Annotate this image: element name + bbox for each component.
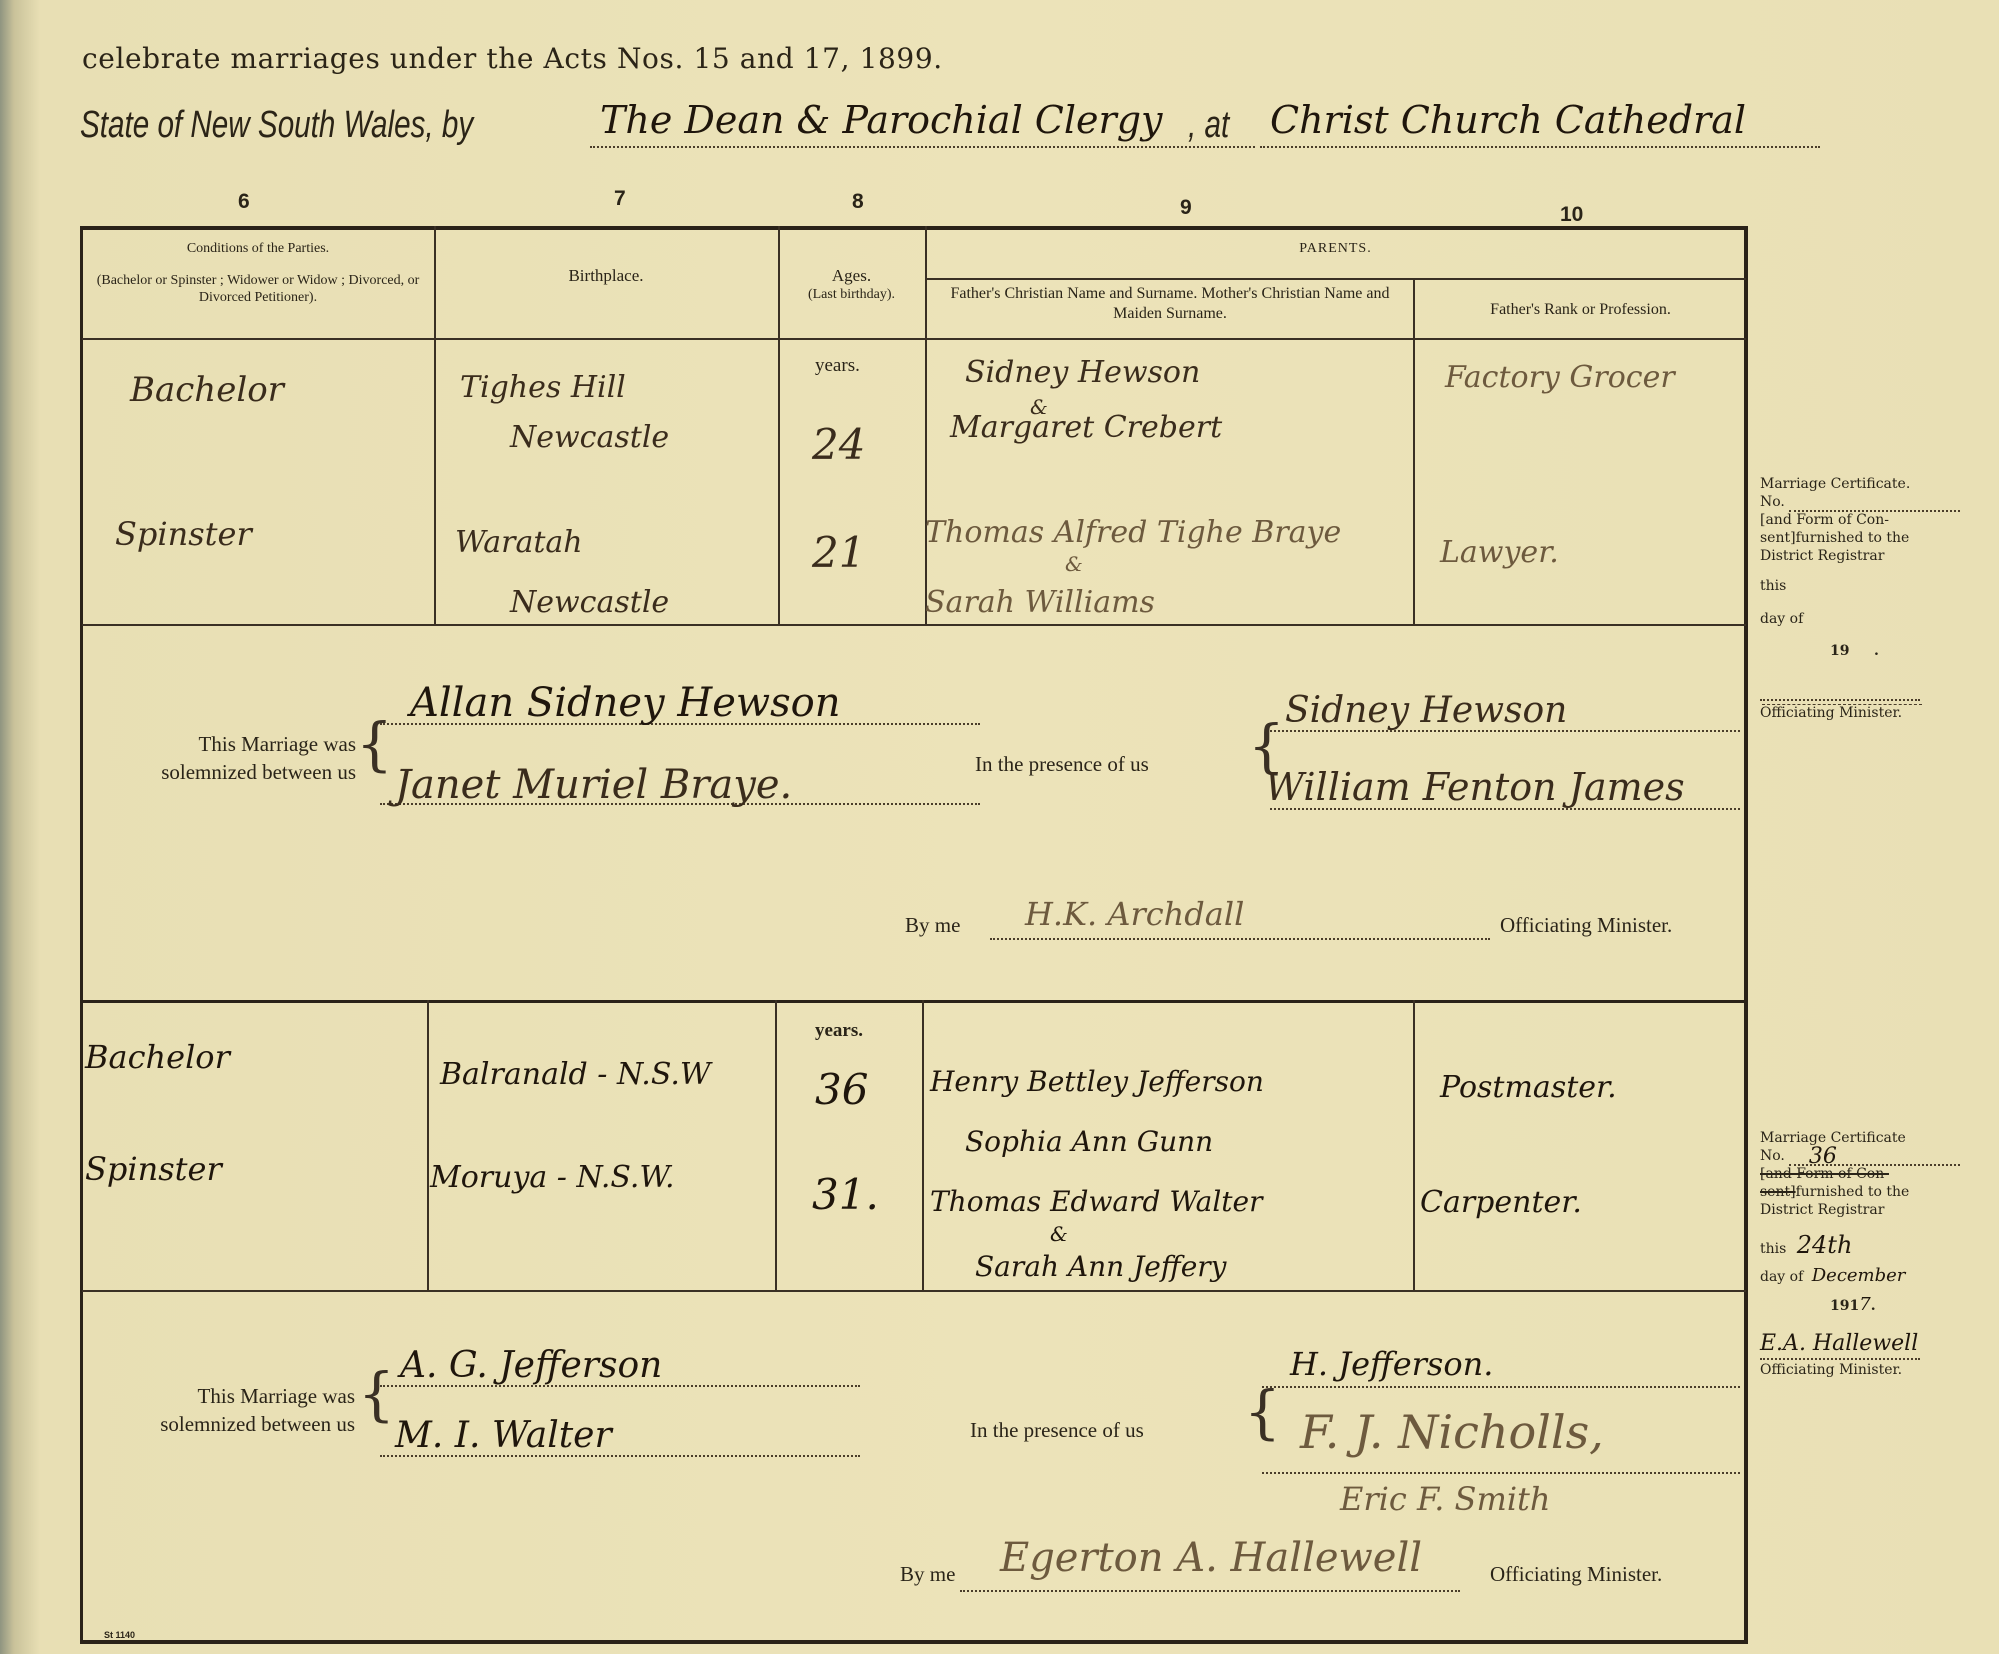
by-me-label-2: By me: [900, 1562, 955, 1587]
witness-2-signature-2[interactable]: F. J. Nicholls,: [1300, 1405, 1604, 1459]
venue-field[interactable]: [1260, 146, 1820, 148]
groom-father-1[interactable]: Sidney Hewson: [965, 355, 1200, 390]
witness-1-signature-2[interactable]: H. Jefferson.: [1290, 1345, 1493, 1383]
year-suffix-1: .: [1874, 643, 1879, 659]
witness-2-line-2[interactable]: [1262, 1472, 1740, 1474]
consent-text-2a: [and Form of Con-: [1760, 1166, 1990, 1184]
header-conditions: Conditions of the Parties. (Bachelor or …: [84, 240, 432, 307]
bride-amp-1: &: [1065, 552, 1083, 576]
groom-birthplace-1-line1[interactable]: Tighes Hill: [460, 370, 626, 405]
header-parents-group: PARENTS.: [925, 240, 1746, 258]
year-prefix-1: 19: [1830, 643, 1849, 659]
officiating-label-2: Officiating Minister.: [1490, 1562, 1662, 1587]
conditions-subtitle: (Bachelor or Spinster ; Widower or Widow…: [84, 272, 432, 307]
bride-birthplace-2[interactable]: Moruya - N.S.W.: [430, 1160, 675, 1195]
party-1-signature-1[interactable]: Allan Sidney Hewson: [410, 680, 841, 726]
header-divider: [82, 338, 1746, 340]
day-value-2[interactable]: 24th: [1797, 1231, 1853, 1259]
district-text-1: District Registrar: [1760, 548, 1990, 566]
consent-text-2b: furnished to the: [1796, 1184, 1910, 1200]
day-of-label-2: day of: [1760, 1269, 1803, 1285]
this-label-1: this: [1760, 578, 1990, 596]
party-2-signature-2[interactable]: M. I. Walter: [395, 1415, 612, 1456]
bride-father-profession-1[interactable]: Lawyer.: [1440, 535, 1559, 570]
bride-birthplace-1-line1[interactable]: Waratah: [455, 525, 583, 560]
col-divider-1b: [427, 1000, 429, 1290]
by-me-label-1: By me: [905, 913, 960, 938]
bride-amp-2: &: [1050, 1222, 1068, 1246]
column-number-8: 8: [852, 190, 864, 214]
column-number-7: 7: [614, 187, 626, 211]
presence-label-1: In the presence of us: [975, 752, 1149, 777]
col-divider-3b: [922, 1000, 924, 1290]
at-label: , at: [1188, 104, 1229, 147]
groom-mother-2[interactable]: Sophia Ann Gunn: [965, 1125, 1213, 1158]
party-1-signature-2[interactable]: A. G. Jefferson: [400, 1345, 662, 1386]
bride-father-1[interactable]: Thomas Alfred Tighe Braye: [925, 515, 1341, 550]
minister-signature-1[interactable]: H.K. Archdall: [1025, 895, 1244, 933]
bride-birthplace-1-line2[interactable]: Newcastle: [510, 585, 669, 620]
consent-text-2b-struck: sent]: [1760, 1184, 1796, 1200]
solemnized-label-2b: solemnized between us: [85, 1412, 355, 1437]
groom-birthplace-2[interactable]: Balranald - N.S.W: [440, 1057, 711, 1092]
groom-age-1[interactable]: 24: [812, 420, 865, 469]
col-divider-3: [925, 226, 927, 624]
solemnized-label-1b: solemnized between us: [92, 760, 356, 785]
cert-number-field-2[interactable]: 36: [1789, 1150, 1960, 1166]
ages-subtitle: (Last birthday).: [780, 286, 923, 304]
no-label-2: No.: [1760, 1148, 1785, 1166]
this-label-2: this: [1760, 1241, 1786, 1257]
year-prefix-2: 191: [1830, 1298, 1859, 1314]
state-prefix: State of New South Wales, by: [80, 104, 473, 147]
form-preamble: celebrate marriages under the Acts Nos. …: [82, 42, 943, 75]
column-number-10: 10: [1560, 203, 1583, 227]
brace-icon: {: [356, 710, 393, 778]
officiating-label-1: Officiating Minister.: [1500, 913, 1672, 938]
header-parents-names: Father's Christian Name and Surname. Mot…: [930, 284, 1410, 324]
col-divider-2b: [775, 1000, 777, 1290]
minister-signature-line-2[interactable]: [960, 1590, 1460, 1592]
cert-label-1: Marriage Certificate.: [1760, 476, 1990, 494]
bride-condition-1[interactable]: Spinster: [115, 515, 252, 553]
groom-father-2[interactable]: Henry Bettley Jefferson: [930, 1065, 1264, 1098]
entry-1-parties-divider: [82, 624, 1746, 626]
month-value-2[interactable]: December: [1812, 1265, 1906, 1286]
ages-title: Ages.: [780, 265, 923, 286]
years-label-1: years.: [815, 355, 860, 377]
bride-mother-1[interactable]: Sarah Williams: [925, 585, 1155, 620]
groom-condition-1[interactable]: Bachelor: [130, 370, 284, 410]
brace-icon: {: [1244, 1378, 1281, 1446]
header-birthplace: Birthplace.: [436, 265, 776, 286]
margin-note-1: Marriage Certificate. No. [and Form of C…: [1760, 476, 1990, 723]
cert-number-row-1: No.: [1760, 494, 1990, 512]
bride-age-2[interactable]: 31.: [812, 1170, 879, 1219]
column-number-9: 9: [1180, 196, 1192, 220]
bride-father-profession-2[interactable]: Carpenter.: [1420, 1185, 1582, 1220]
minister-signature-2[interactable]: Egerton A. Hallewell: [1000, 1535, 1422, 1581]
district-text-2: District Registrar: [1760, 1202, 1990, 1220]
margin-separator: [1762, 704, 1922, 705]
groom-father-profession-1[interactable]: Factory Grocer: [1445, 360, 1675, 395]
conditions-title: Conditions of the Parties.: [84, 240, 432, 258]
cert-number-field-1[interactable]: [1789, 496, 1960, 512]
solemnized-label-2a: This Marriage was: [120, 1384, 355, 1409]
entry-2-parties-divider: [82, 1290, 1746, 1292]
bride-father-2[interactable]: Thomas Edward Walter: [930, 1185, 1263, 1218]
column-number-6: 6: [238, 190, 250, 214]
witness-1-line-2[interactable]: [1262, 1386, 1740, 1388]
year-row-1: 19 .: [1830, 643, 1990, 661]
year-row-2: 1917.: [1830, 1293, 1990, 1316]
groom-age-2[interactable]: 36: [815, 1065, 868, 1114]
years-label-2: years.: [815, 1020, 863, 1042]
groom-mother-1[interactable]: Margaret Crebert: [950, 410, 1222, 445]
entry-divider: [82, 1000, 1746, 1003]
year-handwritten-2[interactable]: 7: [1859, 1294, 1870, 1315]
col-divider-4b: [1413, 1000, 1415, 1290]
no-label-1: No.: [1760, 494, 1785, 512]
margin-minister-line-1[interactable]: [1760, 699, 1920, 701]
this-row-2: this 24th: [1760, 1230, 1990, 1261]
venue-value: Christ Church Cathedral: [1270, 98, 1746, 142]
cert-number-row-2: No. 36: [1760, 1148, 1990, 1166]
header-father-rank: Father's Rank or Profession.: [1415, 300, 1746, 320]
groom-condition-2[interactable]: Bachelor: [85, 1038, 230, 1076]
minister-signature-line-1[interactable]: [990, 938, 1490, 940]
col-divider-4: [1413, 278, 1415, 624]
year-suffix-2: .: [1871, 1298, 1876, 1314]
brace-icon: {: [358, 1360, 395, 1428]
margin-officiating-label-2: Officiating Minister.: [1760, 1362, 1990, 1380]
groom-father-profession-2[interactable]: Postmaster.: [1440, 1070, 1617, 1105]
form-code: St 1140: [104, 1630, 135, 1640]
day-of-label-1: day of: [1760, 611, 1990, 629]
cert-label-2: Marriage Certificate: [1760, 1130, 1990, 1148]
bride-condition-2[interactable]: Spinster: [85, 1150, 222, 1188]
groom-birthplace-1-line2[interactable]: Newcastle: [510, 420, 669, 455]
parents-subheader-divider: [925, 278, 1746, 280]
margin-note-2: Marriage Certificate No. 36 [and Form of…: [1760, 1130, 1990, 1380]
margin-minister-signature-2[interactable]: E.A. Hallewell: [1760, 1330, 1920, 1360]
officiant-field[interactable]: [590, 146, 1255, 148]
presence-label-2: In the presence of us: [970, 1418, 1144, 1443]
state-line: State of New South Wales, by The Dean & …: [80, 98, 1760, 168]
margin-officiating-label-1: Officiating Minister.: [1760, 705, 1990, 723]
bride-age-1[interactable]: 21: [812, 528, 865, 577]
solemnized-label-1a: This Marriage was: [131, 732, 356, 757]
consent-text-1b: sent]furnished to the: [1760, 530, 1990, 548]
bride-mother-2[interactable]: Sarah Ann Jeffery: [975, 1250, 1226, 1283]
officiant-value: The Dean & Parochial Clergy: [600, 98, 1163, 142]
party-2-signature-1[interactable]: Janet Muriel Braye.: [395, 762, 792, 808]
header-ages: Ages. (Last birthday).: [780, 265, 923, 304]
day-of-row-2: day of December: [1760, 1264, 1990, 1287]
witness-3-signature-2[interactable]: Eric F. Smith: [1340, 1480, 1551, 1518]
consent-text-1a: [and Form of Con-: [1760, 512, 1990, 530]
witness-2-signature-1[interactable]: William Fenton James: [1265, 765, 1685, 809]
consent-row-2: sent]furnished to the: [1760, 1184, 1990, 1202]
witness-1-signature-1[interactable]: Sidney Hewson: [1285, 690, 1567, 731]
